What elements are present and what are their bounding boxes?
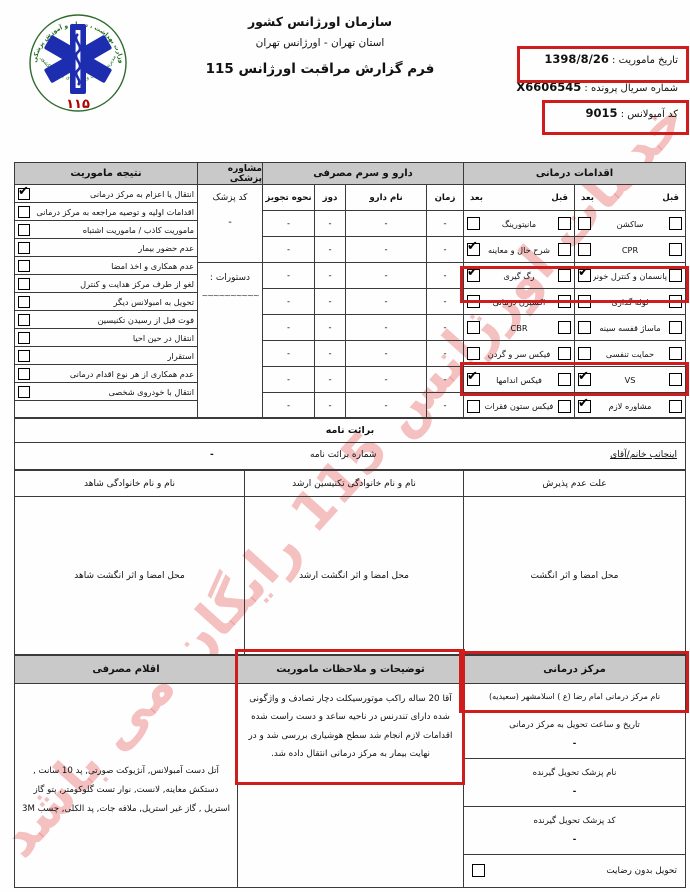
mission-result-row: فوت قبل از رسیدن تکنیسین (15, 311, 197, 329)
action-item: حمایت تنفسی (574, 341, 685, 366)
medical-center-row-label: نام پزشک تحویل گیرنده (533, 768, 617, 778)
after-checkbox[interactable] (578, 373, 591, 386)
after-checkbox[interactable] (467, 400, 480, 413)
medical-center-row-label: کد پزشک تحویل گیرنده (533, 816, 615, 826)
before-checkbox[interactable] (558, 295, 571, 308)
mission-result-row: عدم همکاری و اخذ امضا (15, 257, 197, 275)
mission-notes-column: توضیحات و ملاحظات ماموریت آقا 20 ساله را… (237, 656, 463, 887)
mission-date-value: 1398/8/26 (544, 52, 608, 66)
before-column-label: قبل (551, 193, 568, 203)
ems-115-logo: وزارت بهداشت ، درمان و آموزش پزشکی مرکز … (28, 6, 128, 124)
mission-result-label: فوت قبل از رسیدن تکنیسین (33, 315, 194, 325)
drug-cell[interactable]: - (426, 237, 463, 262)
treatment-action-row: CPRشرح حال و معاینه (464, 237, 685, 263)
mission-result-column: نتیجه ماموریت انتقال یا اعزام به مرکز در… (15, 163, 197, 417)
drug-cell[interactable]: - (345, 393, 426, 419)
before-column-label: قبل (662, 193, 679, 203)
waiver-header: برائت نامه (15, 419, 685, 443)
mission-result-row: تحویل به امبولانس دیگر (15, 293, 197, 311)
drugs-column-header: نحوه تجویز (263, 185, 314, 210)
orders-scribble: ~~~~~~~~~~ (200, 291, 260, 300)
before-checkbox[interactable] (558, 373, 571, 386)
non-acceptance-column: علت عدم پذیرش محل امضا و اثر انگشت (463, 471, 685, 654)
waiver-number-label: شماره برائت نامه (310, 450, 376, 460)
mission-result-row: عدم همکاری از هر نوع اقدام درمانی (15, 365, 197, 383)
before-checkbox[interactable] (669, 269, 682, 282)
treatment-action-row: پانسمان و کنترل خونریزیرگ گیری (464, 263, 685, 289)
after-checkbox[interactable] (467, 321, 480, 334)
drug-cell[interactable]: - (345, 341, 426, 366)
mission-result-label: عدم همکاری از هر نوع اقدام درمانی (33, 369, 194, 379)
after-checkbox[interactable] (578, 321, 591, 334)
non-acceptance-header: علت عدم پذیرش (464, 471, 685, 497)
treatment-action-row: ماساژ قفسه سینهCBR (464, 315, 685, 341)
before-checkbox[interactable] (558, 321, 571, 334)
before-checkbox[interactable] (558, 217, 571, 230)
drug-cell[interactable]: - (263, 315, 314, 340)
ambulance-code-label: کد آمبولانس : (621, 109, 678, 120)
mission-date-label: تاریخ ماموریت : (612, 55, 678, 66)
mission-result-label: استقرار (33, 351, 194, 361)
mission-notes-text: آقا 20 ساله راکب موتورسیکلت دچار تصادف و… (238, 684, 463, 770)
mission-notes-header: توضیحات و ملاحظات ماموریت (238, 656, 463, 684)
no-consent-label: تحویل بدون رضایت (606, 866, 677, 876)
after-checkbox[interactable] (467, 347, 480, 360)
medical-center-row: تاریخ و ساعت تحویل به مرکز درمانی- (464, 711, 685, 759)
logo-115-number: ۱۱۵ (66, 97, 90, 112)
action-item: مانیتورینگ (464, 211, 574, 236)
mission-result-checkbox[interactable] (18, 188, 30, 200)
drug-cell[interactable]: - (426, 289, 463, 314)
mission-result-checkbox[interactable] (18, 314, 30, 326)
after-checkbox[interactable] (467, 295, 480, 308)
action-item: فیکس اندامها (464, 367, 574, 392)
bottom-section: مرکز درمانی نام مرکز درمانی امام رضا (ع … (14, 655, 686, 888)
consultation-header: مشاوره پزشکی (198, 163, 262, 185)
drug-cell[interactable]: - (263, 289, 314, 314)
drug-cell[interactable]: - (345, 289, 426, 314)
mission-result-label: اقدامات اولیه و توصیه مراجعه به مرکز درم… (33, 207, 194, 217)
physician-code-block: کد پزشک - (198, 185, 262, 263)
action-item: اکسیژن درمانی (464, 289, 574, 314)
action-item: پانسمان و کنترل خونریزی (574, 263, 685, 288)
form-header: سازمان اورژانس کشور استان تهران - اورژان… (170, 14, 470, 77)
action-item: فیکس سر و گردن (464, 341, 574, 366)
drug-cell[interactable]: - (426, 393, 463, 419)
drug-cell[interactable]: - (314, 211, 345, 236)
after-checkbox[interactable] (467, 243, 480, 256)
serial-value: X6606545 (516, 80, 581, 94)
serial-number-field: شماره سریال پرونده : X6606545 (474, 76, 684, 98)
mission-result-checkbox[interactable] (18, 296, 30, 308)
treatment-actions-header: اقدامات درمانی (464, 163, 685, 185)
action-item: فیکس ستون فقرات (464, 393, 574, 419)
mission-result-checkbox[interactable] (18, 368, 30, 380)
medical-center-row: نام پزشک تحویل گیرنده- (464, 759, 685, 807)
medical-center-row-value: - (573, 835, 577, 845)
witness-column: نام و نام خانوادگی شاهد محل امضا و اثر ا… (15, 471, 244, 654)
drug-cell[interactable]: - (263, 367, 314, 392)
drug-cell[interactable]: - (263, 263, 314, 288)
mission-result-checkbox[interactable] (18, 386, 30, 398)
action-label: ماساژ قفسه سینه (593, 323, 667, 333)
before-checkbox[interactable] (669, 400, 682, 413)
action-item: ساکشن (574, 211, 685, 236)
treatment-action-row: حمایت تنفسیفیکس سر و گردن (464, 341, 685, 367)
mission-result-checkbox[interactable] (18, 332, 30, 344)
mission-result-row: اقدامات اولیه و توصیه مراجعه به مرکز درم… (15, 203, 197, 221)
action-item: رگ گیری (464, 263, 574, 288)
mission-result-label: عدم همکاری و اخذ امضا (33, 261, 194, 271)
mission-result-label: ماموریت کاذب / ماموریت اشتباه (33, 225, 194, 235)
drug-row: ---- (263, 315, 463, 341)
mission-result-label: لغو از طرف مرکز هدایت و کنترل (33, 279, 194, 289)
orders-block: دستورات : ~~~~~~~~~~ (198, 263, 262, 310)
signature-area[interactable]: محل امضا و اثر انگشت (464, 497, 685, 654)
action-label: VS (593, 375, 667, 385)
before-checkbox[interactable] (669, 347, 682, 360)
drug-cell[interactable]: - (263, 211, 314, 236)
signature-area[interactable]: محل امضا و اثر انگشت ارشد (245, 497, 463, 654)
mission-result-checkbox[interactable] (18, 242, 30, 254)
after-checkbox[interactable] (467, 373, 480, 386)
treatment-action-row: ساکشنمانیتورینگ (464, 211, 685, 237)
after-checkbox[interactable] (578, 400, 591, 413)
waiver-number-value: - (210, 450, 214, 460)
mission-result-checkbox[interactable] (18, 260, 30, 272)
drug-cell[interactable]: - (263, 341, 314, 366)
senior-technician-header: نام و نام خانوادگی تکنیسین ارشد (245, 471, 463, 497)
before-checkbox[interactable] (669, 321, 682, 334)
medical-center-header: مرکز درمانی (464, 656, 685, 684)
mission-result-row: انتقال در حین احیا (15, 329, 197, 347)
drugs-column-header: دوز (314, 185, 345, 210)
supplies-column: اقلام مصرفی آتل دست آمبولانس, آنژیوکت صو… (15, 656, 237, 887)
drug-cell[interactable]: - (314, 237, 345, 262)
action-label: مشاوره لازم (593, 401, 667, 411)
header-fields: تاریخ ماموریت : 1398/8/26 شماره سریال پر… (474, 48, 684, 124)
action-label: فیکس ستون فقرات (482, 401, 556, 411)
drugs-column-header: زمان (426, 185, 463, 210)
mission-result-label: عدم حضور بیمار (33, 243, 194, 253)
form-title: فرم گزارش مراقبت اورژانس 115 (170, 61, 470, 77)
no-consent-row: تحویل بدون رضایت (464, 855, 685, 887)
drug-row: ---- (263, 237, 463, 263)
signature-area[interactable]: محل امضا و اثر انگشت شاهد (15, 497, 244, 654)
drug-cell[interactable]: - (314, 289, 345, 314)
action-item: CBR (464, 315, 574, 340)
medical-center-row: کد پزشک تحویل گیرنده- (464, 807, 685, 855)
drug-cell[interactable]: - (345, 367, 426, 392)
mission-result-checkbox[interactable] (18, 224, 30, 236)
action-item: شرح حال و معاینه (464, 237, 574, 262)
waiver-section: برائت نامه اینجانب خانم/آقای شماره برائت… (14, 418, 686, 470)
ambulance-code-value: 9015 (586, 106, 618, 120)
mission-result-checkbox[interactable] (18, 350, 30, 362)
action-label: پانسمان و کنترل خونریزی (593, 271, 667, 281)
witness-header: نام و نام خانوادگی شاهد (15, 471, 244, 497)
drug-cell[interactable]: - (426, 367, 463, 392)
signature-placeholder: محل امضا و اثر انگشت (531, 571, 619, 581)
after-checkbox[interactable] (578, 217, 591, 230)
before-checkbox[interactable] (669, 243, 682, 256)
action-label: فیکس سر و گردن (482, 349, 556, 359)
mission-result-row: ماموریت کاذب / ماموریت اشتباه (15, 221, 197, 239)
no-consent-checkbox[interactable] (472, 864, 485, 877)
medical-center-row-value: - (573, 787, 577, 797)
star-of-life-icon: وزارت بهداشت ، درمان و آموزش پزشکی مرکز … (28, 6, 128, 124)
action-label: ساکشن (593, 219, 667, 229)
drug-cell[interactable]: - (426, 211, 463, 236)
drug-cell[interactable]: - (314, 341, 345, 366)
action-item: ماساژ قفسه سینه (574, 315, 685, 340)
mission-result-checkbox[interactable] (18, 278, 30, 290)
waiver-body: اینجانب خانم/آقای شماره برائت نامه - (15, 443, 685, 470)
after-column-label: بعد (470, 193, 483, 203)
drugs-column: دارو و سرم مصرفی زماننام دارودوزنحوه تجو… (262, 163, 463, 417)
drug-row: ---- (263, 393, 463, 419)
action-item: مشاوره لازم (574, 393, 685, 419)
before-after-subheader: قبل بعد قبل بعد (464, 185, 685, 211)
drug-row: ---- (263, 289, 463, 315)
mission-result-label: انتقال با خودروی شخصی (33, 387, 194, 397)
action-label: مانیتورینگ (482, 219, 556, 229)
after-checkbox[interactable] (578, 243, 591, 256)
main-table: اقدامات درمانی قبل بعد قبل بعد ساکشنمانی… (14, 162, 686, 418)
drug-cell[interactable]: - (426, 263, 463, 288)
before-checkbox[interactable] (558, 243, 571, 256)
drug-cell[interactable]: - (426, 315, 463, 340)
supplies-header: اقلام مصرفی (15, 656, 237, 684)
drugs-header-row: زماننام دارودوزنحوه تجویز (263, 185, 463, 211)
after-checkbox[interactable] (578, 269, 591, 282)
action-label: شرح حال و معاینه (482, 245, 556, 255)
action-item: VS (574, 367, 685, 392)
after-checkbox[interactable] (467, 269, 480, 282)
drug-cell[interactable]: - (426, 341, 463, 366)
mission-result-row: عدم حضور بیمار (15, 239, 197, 257)
action-label: رگ گیری (482, 271, 556, 281)
drug-cell[interactable]: - (345, 263, 426, 288)
signatures-section: علت عدم پذیرش محل امضا و اثر انگشت نام و… (14, 470, 686, 655)
mission-result-label: انتقال یا اعزام به مرکز درمانی (33, 189, 194, 199)
ambulance-code-field: کد آمبولانس : 9015 (474, 102, 684, 124)
drugs-column-header: نام دارو (345, 185, 426, 210)
mission-result-row: لغو از طرف مرکز هدایت و کنترل (15, 275, 197, 293)
drug-cell[interactable]: - (345, 237, 426, 262)
org-subtitle: استان تهران - اورژانس تهران (170, 37, 470, 49)
before-checkbox[interactable] (669, 295, 682, 308)
physician-code-label: کد پزشک (213, 193, 248, 203)
before-checkbox[interactable] (669, 217, 682, 230)
medical-center-name: نام مرکز درمانی امام رضا (ع ) اسلامشهر (… (464, 684, 685, 711)
medical-center-column: مرکز درمانی نام مرکز درمانی امام رضا (ع … (463, 656, 685, 887)
mission-result-row: استقرار (15, 347, 197, 365)
action-label: CPR (593, 245, 667, 255)
signature-placeholder: محل امضا و اثر انگشت شاهد (74, 571, 185, 581)
action-label: CBR (482, 323, 556, 333)
after-checkbox[interactable] (467, 217, 480, 230)
mission-result-header: نتیجه ماموریت (15, 163, 197, 185)
drug-cell[interactable]: - (314, 263, 345, 288)
mission-result-row: انتقال یا اعزام به مرکز درمانی (15, 185, 197, 203)
consultation-column: مشاوره پزشکی کد پزشک - دستورات : ~~~~~~~… (197, 163, 262, 417)
after-checkbox[interactable] (578, 347, 591, 360)
drug-cell[interactable]: - (345, 315, 426, 340)
action-label: لوله گذاری (593, 297, 667, 307)
treatment-actions-column: اقدامات درمانی قبل بعد قبل بعد ساکشنمانی… (463, 163, 685, 417)
mission-result-checkbox[interactable] (18, 206, 30, 218)
action-label: فیکس اندامها (482, 375, 556, 385)
before-checkbox[interactable] (558, 400, 571, 413)
mission-date-field: تاریخ ماموریت : 1398/8/26 (474, 48, 684, 70)
after-checkbox[interactable] (578, 295, 591, 308)
before-checkbox[interactable] (558, 269, 571, 282)
serial-label: شماره سریال پرونده : (584, 83, 678, 94)
physician-code-value: - (200, 217, 260, 228)
medical-center-row-label: تاریخ و ساعت تحویل به مرکز درمانی (509, 720, 640, 730)
medical-center-row-value: - (573, 739, 577, 749)
mission-result-row: انتقال با خودروی شخصی (15, 383, 197, 401)
drug-cell[interactable]: - (263, 237, 314, 262)
drug-cell[interactable]: - (314, 393, 345, 419)
mission-result-label: تحویل به امبولانس دیگر (33, 297, 194, 307)
after-column-label: بعد (581, 193, 594, 203)
treatment-action-row: لوله گذاریاکسیژن درمانی (464, 289, 685, 315)
drug-cell[interactable]: - (345, 211, 426, 236)
drug-cell[interactable]: - (263, 393, 314, 419)
drugs-header: دارو و سرم مصرفی (263, 163, 463, 185)
mission-result-label: انتقال در حین احیا (33, 333, 194, 343)
treatment-action-row: VSفیکس اندامها (464, 367, 685, 393)
before-checkbox[interactable] (669, 373, 682, 386)
signature-placeholder: محل امضا و اثر انگشت ارشد (299, 571, 409, 581)
orders-label: دستورات : (210, 273, 250, 283)
drug-row: ---- (263, 211, 463, 237)
org-title: سازمان اورژانس کشور (170, 14, 470, 29)
drug-row: ---- (263, 263, 463, 289)
drug-cell[interactable]: - (314, 315, 345, 340)
action-label: اکسیژن درمانی (482, 297, 556, 307)
drug-row: ---- (263, 367, 463, 393)
treatment-action-row: مشاوره لازمفیکس ستون فقرات (464, 393, 685, 419)
drug-row: ---- (263, 341, 463, 367)
waiver-person-label: اینجانب خانم/آقای (610, 450, 677, 460)
supplies-text: آتل دست آمبولانس, آنژیوکت صورتی, پد 10 س… (15, 684, 237, 819)
drug-cell[interactable]: - (314, 367, 345, 392)
action-item: لوله گذاری (574, 289, 685, 314)
senior-technician-column: نام و نام خانوادگی تکنیسین ارشد محل امضا… (244, 471, 463, 654)
before-checkbox[interactable] (558, 347, 571, 360)
mission-result-empty-space (15, 401, 197, 417)
action-label: حمایت تنفسی (593, 349, 667, 359)
action-item: CPR (574, 237, 685, 262)
